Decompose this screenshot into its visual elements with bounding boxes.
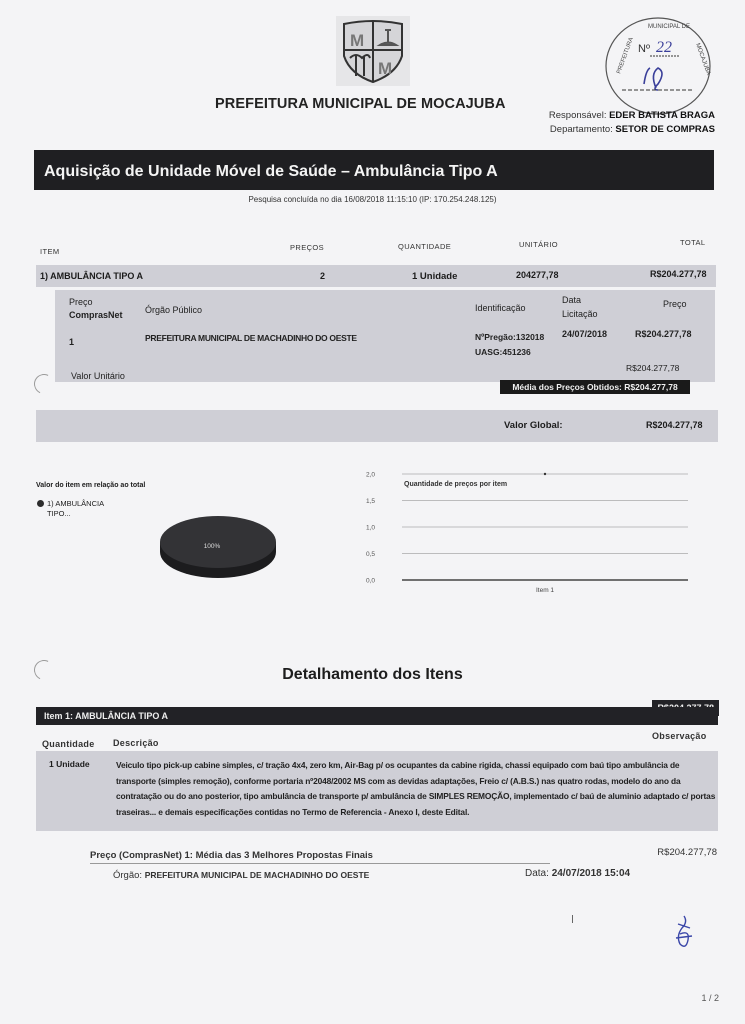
svg-text:0,5: 0,5 [366,551,375,558]
header-quantidade: Quantidade [42,739,95,749]
detail-pregao: NºPregão:132018 [475,330,544,345]
responsavel-value: EDER BATISTA BRAGA [609,110,715,121]
header-preco: Preço [663,299,687,309]
svg-text:Item 1: Item 1 [536,587,554,594]
svg-text:PREFEITURA: PREFEITURA [616,37,635,75]
valor-global-label: Valor Global: [504,420,563,431]
signature-icon [670,914,696,952]
svg-text:MUNICIPAL DE: MUNICIPAL DE [648,24,690,30]
data-label: Data: [525,868,549,879]
valor-global-value: R$204.277,78 [646,420,703,430]
header-preco-comprasnet: Preço ComprasNet [69,296,123,322]
table-row[interactable]: 1) AMBULÂNCIA TIPO A 2 1 Unidade 204277,… [36,265,716,287]
page-title: Aquisição de Unidade Móvel de Saúde – Am… [34,150,714,190]
description-text: Veiculo tipo pick-up cabine simples, c/ … [116,758,716,820]
departamento-label: Departamento: [550,124,613,135]
col-header-unitario: UNITÁRIO [519,240,558,249]
bar-chart: 0,00,51,01,52,0Item 1Quantidade de preço… [362,466,702,596]
section-title: Detalhamento dos Itens [0,666,745,684]
item-quantidade: 1 Unidade [412,271,457,282]
col-header-total: TOTAL [680,238,705,247]
header-data-line1: Data [562,293,598,307]
svg-text:0,0: 0,0 [366,578,375,585]
svg-text:MOCAJUBA: MOCAJUBA [694,43,711,76]
header-preco-line1: Preço [69,296,123,309]
preco-comprasnet-value: R$204.277,78 [657,847,717,858]
header-preco-line2: ComprasNet [69,309,123,322]
header-observacao: Observação [652,731,707,741]
media-label: Média dos Preços Obtidos: [512,382,622,392]
legend-dot-icon [37,500,44,507]
svg-text:100%: 100% [204,543,221,550]
detail-data: 24/07/2018 [562,329,607,339]
valor-unitario-label: Valor Unitário [71,371,125,381]
svg-text:Quantidade de preços por item: Quantidade de preços por item [404,481,507,488]
header-descricao: Descrição [113,738,159,748]
svg-text:1,0: 1,0 [366,525,375,532]
col-header-item: ITEM [40,247,60,256]
svg-text:M: M [350,31,364,50]
header-data-licitacao: Data Licitação [562,293,598,321]
orgao-value: PREFEITURA MUNICIPAL DE MACHADINHO DO OE… [145,870,370,880]
responsible-info: Responsável: EDER BATISTA BRAGA Departam… [549,109,715,137]
item-precos: 2 [320,271,325,281]
item-total: R$204.277,78 [650,269,707,279]
responsavel-label: Responsável: [549,110,607,121]
svg-text:M: M [378,59,392,78]
municipal-crest: M M [336,16,410,86]
pie-legend: 1) AMBULÂNCIA TIPO... [37,499,104,519]
svg-text:1,5: 1,5 [366,498,375,505]
item-description-box: 1 Unidade Veiculo tipo pick-up cabine si… [36,751,718,831]
col-header-precos: PREÇOS [290,243,324,252]
data-line: Data: 24/07/2018 15:04 [525,868,630,879]
detail-preco: R$204.277,78 [635,329,692,339]
item-name: 1) AMBULÂNCIA TIPO A [40,271,143,281]
valor-unitario-value: R$204.277,78 [626,363,679,373]
divider [90,863,550,864]
svg-text:22: 22 [656,39,672,56]
orgao-line: Órgão: PREFEITURA MUNICIPAL DE MACHADINH… [113,870,369,881]
pie-chart: 100% [158,512,278,580]
pie-chart-title: Valor do item em relação ao total [36,482,145,489]
departamento-value: SETOR DE COMPRAS [615,124,715,135]
media-precos-badge: Média dos Preços Obtidos: R$204.277,78 [500,380,690,394]
pie-legend-line1: 1) AMBULÂNCIA [47,499,104,508]
organization-name: PREFEITURA MUNICIPAL DE MOCAJUBA [215,96,506,112]
protocol-stamp: PREFEITURA MUNICIPAL DE MOCAJUBA Nº 22 [600,14,714,118]
header-identificacao: Identificação [475,303,526,313]
header-data-line2: Licitação [562,307,598,321]
page-number: 1 / 2 [701,993,719,1003]
item-unitario: 204277,78 [516,270,559,280]
price-detail-box: Preço ComprasNet Órgão Público Identific… [55,290,715,382]
valor-global-bar: Valor Global: R$204.277,78 [36,410,718,442]
detail-uasg: UASG:451236 [475,345,544,360]
detail-identificacao: NºPregão:132018 UASG:451236 [475,330,544,360]
orgao-label: Órgão: [113,870,142,881]
svg-text:Nº: Nº [638,43,650,55]
media-value: R$204.277,78 [624,382,677,392]
item-detail-bar: Item 1: AMBULÂNCIA TIPO A [36,707,718,725]
pie-legend-line2: TIPO... [37,509,104,519]
description-quantidade: 1 Unidade [49,759,90,769]
search-completed-note: Pesquisa concluída no dia 16/08/2018 11:… [0,195,745,204]
detail-num: 1 [69,337,74,347]
item-detail-title: Item 1: AMBULÂNCIA TIPO A [44,711,168,721]
detail-orgao: PREFEITURA MUNICIPAL DE MACHADINHO DO OE… [145,333,357,343]
data-value: 24/07/2018 15:04 [552,868,630,879]
scan-mark [572,915,573,923]
col-header-quantidade: QUANTIDADE [398,242,451,251]
header-orgao: Órgão Público [145,305,202,315]
preco-comprasnet-label: Preço (ComprasNet) 1: Média das 3 Melhor… [90,850,373,861]
svg-text:2,0: 2,0 [366,472,375,479]
punch-hole-icon [31,371,57,397]
